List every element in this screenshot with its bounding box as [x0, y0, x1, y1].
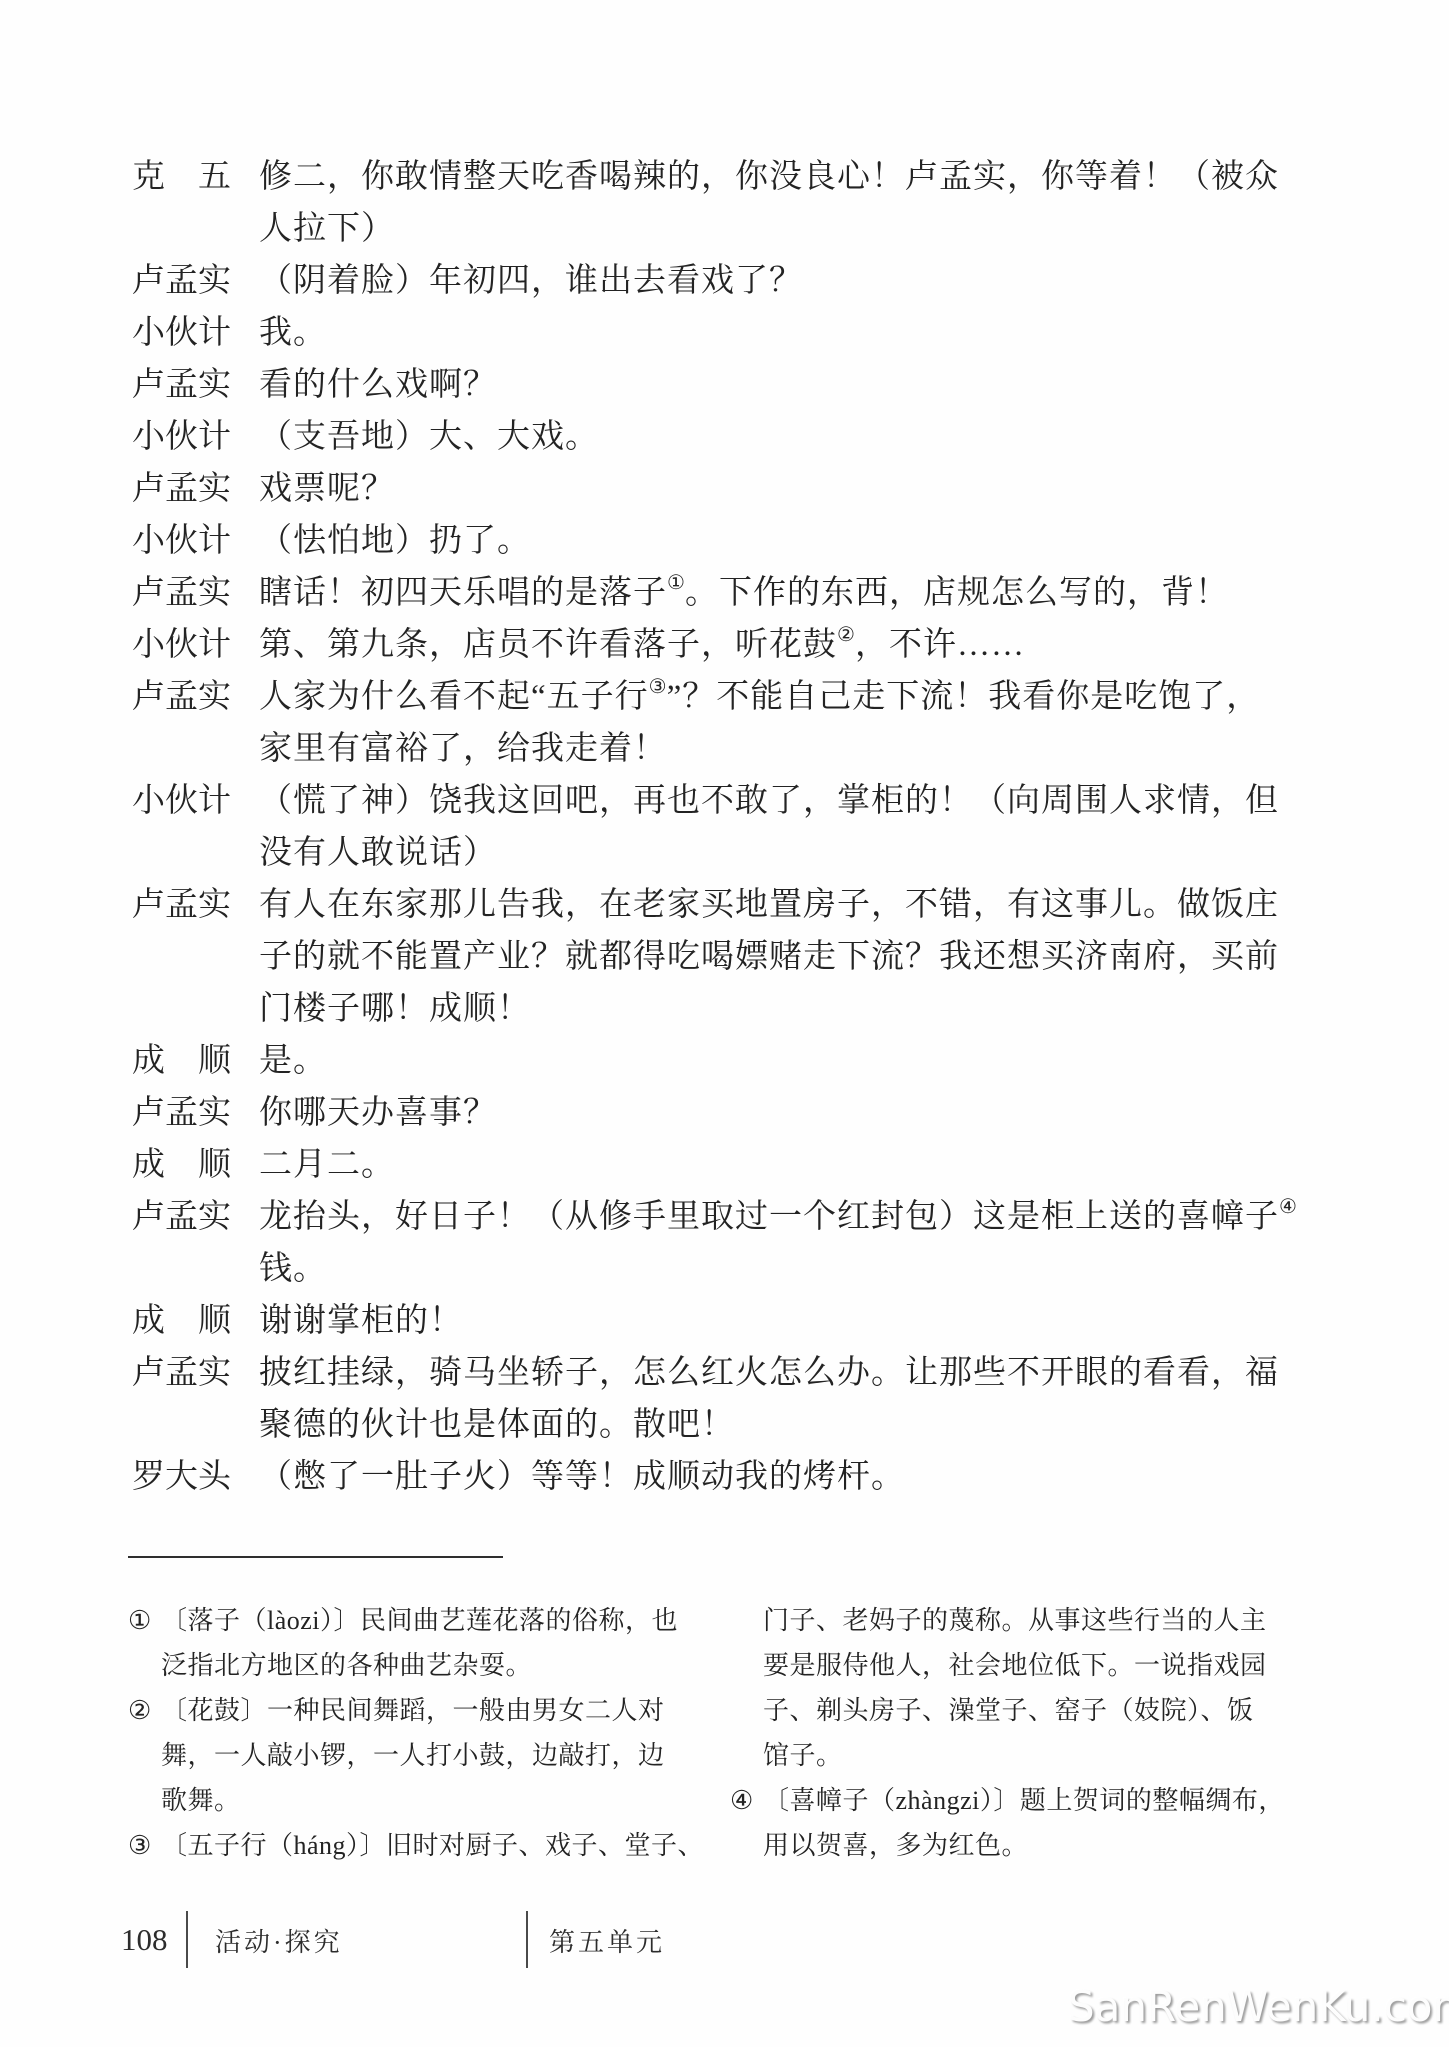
- speaker-name: 成 顺: [132, 1139, 231, 1191]
- footer-divider-2: [526, 1911, 528, 1968]
- footnote-marker: ③: [128, 1823, 161, 1868]
- dialogue-line: 门楼子哪！成顺！: [259, 983, 1297, 1035]
- footnotes: ①〔落子（làozi）〕民间曲艺莲花落的俗称，也泛指北方地区的各种曲艺杂耍。②〔…: [128, 1598, 1330, 1868]
- speech-row: 小伙计（慌了神）饶我这回吧，再也不敢了，掌柜的！（向周围人求情，但没有人敢说话）: [132, 775, 1297, 879]
- dialogue-line: （怯怕地）扔了。: [259, 515, 1297, 567]
- dialogue-line: 我。: [259, 307, 1297, 359]
- dialogue-line: 二月二。: [259, 1139, 1297, 1191]
- speech-row: 小伙计（怯怕地）扔了。: [132, 515, 1297, 567]
- footnote-line: 〔喜幛子（zhàngzi）〕题上贺词的整幅绸布，: [763, 1778, 1330, 1823]
- footnote-item: ④〔喜幛子（zhàngzi）〕题上贺词的整幅绸布，用以贺喜，多为红色。: [730, 1778, 1330, 1868]
- speech-lines: 瞎话！初四天乐唱的是落子①。下作的东西，店规怎么写的，背！: [259, 567, 1297, 619]
- speech-row: 卢孟实人家为什么看不起“五子行③”？不能自己走下流！我看你是吃饱了，家里有富裕了…: [132, 671, 1297, 775]
- speech-row: 小伙计我。: [132, 307, 1297, 359]
- dialogue-line: 子的就不能置产业？就都得吃喝嫖赌走下流？我还想买济南府，买前: [259, 931, 1297, 983]
- speaker-name: 罗大头: [132, 1451, 231, 1503]
- speech-lines: （支吾地）大、大戏。: [259, 411, 1297, 463]
- footnote-marker: [730, 1598, 763, 1643]
- speech-row: 卢孟实你哪天办喜事？: [132, 1087, 1297, 1139]
- speech-row: 小伙计第、第九条，店员不许看落子，听花鼓②，不许……: [132, 619, 1297, 671]
- speech-lines: 修二，你敢情整天吃香喝辣的，你没良心！卢孟实，你等着！（被众人拉下）: [259, 151, 1297, 255]
- footnote-divider: [128, 1556, 503, 1558]
- dialogue-line: 有人在东家那儿告我，在老家买地置房子，不错，有这事儿。做饭庄: [259, 879, 1297, 931]
- speaker-name: 小伙计: [132, 307, 231, 359]
- footnote-marker: ②: [128, 1688, 161, 1733]
- watermark: SanRenWenKu.com: [1068, 1983, 1449, 2031]
- footnote-item: ③〔五子行（háng）〕旧时对厨子、戏子、堂子、: [128, 1823, 700, 1868]
- footnote-line: 用以贺喜，多为红色。: [763, 1823, 1330, 1868]
- footnote-ref: ②: [837, 624, 855, 646]
- dialogue-line: 龙抬头，好日子！（从修手里取过一个红封包）这是柜上送的喜幛子④: [259, 1191, 1297, 1243]
- textbook-page: 克 五修二，你敢情整天吃香喝辣的，你没良心！卢孟实，你等着！（被众人拉下）卢孟实…: [0, 0, 1449, 2047]
- speech-row: 卢孟实瞎话！初四天乐唱的是落子①。下作的东西，店规怎么写的，背！: [132, 567, 1297, 619]
- footnote-line: 〔五子行（háng）〕旧时对厨子、戏子、堂子、: [161, 1823, 704, 1868]
- speech-lines: 龙抬头，好日子！（从修手里取过一个红封包）这是柜上送的喜幛子④钱。: [259, 1191, 1297, 1295]
- footnote-line: 子、剃头房子、澡堂子、窑子（妓院）、饭: [763, 1688, 1330, 1733]
- speech-lines: 戏票呢？: [259, 463, 1297, 515]
- speech-lines: 是。: [259, 1035, 1297, 1087]
- dialogue-line: 人拉下）: [259, 203, 1297, 255]
- dialogue-line: 谢谢掌柜的！: [259, 1295, 1297, 1347]
- speech-lines: （怯怕地）扔了。: [259, 515, 1297, 567]
- dialogue-line: （支吾地）大、大戏。: [259, 411, 1297, 463]
- speaker-name: 成 顺: [132, 1035, 231, 1087]
- speaker-name: 卢孟实: [132, 255, 231, 307]
- speech-lines: 我。: [259, 307, 1297, 359]
- dialogue-line: 修二，你敢情整天吃香喝辣的，你没良心！卢孟实，你等着！（被众: [259, 151, 1297, 203]
- footnote-item: ②〔花鼓〕一种民间舞蹈，一般由男女二人对舞，一人敲小锣，一人打小鼓，边敲打，边歌…: [128, 1688, 700, 1823]
- footnote-marker: ④: [730, 1778, 763, 1823]
- footnote-column-left: ①〔落子（làozi）〕民间曲艺莲花落的俗称，也泛指北方地区的各种曲艺杂耍。②〔…: [128, 1598, 700, 1868]
- speaker-name: 卢孟实: [132, 463, 231, 515]
- footnote-ref: ④: [1279, 1196, 1297, 1218]
- footnote-line: 歌舞。: [161, 1778, 700, 1823]
- dialogue-line: （阴着脸）年初四，谁出去看戏了？: [259, 255, 1297, 307]
- speech-row: 罗大头（憋了一肚子火）等等！成顺动我的烤杆。: [132, 1451, 1297, 1503]
- dialogue-line: （憋了一肚子火）等等！成顺动我的烤杆。: [259, 1451, 1297, 1503]
- footnote-line: 馆子。: [763, 1733, 1330, 1778]
- speaker-name: 克 五: [132, 151, 231, 203]
- footnote-column-right: 门子、老妈子的蔑称。从事这些行当的人主要是服侍他人，社会地位低下。一说指戏园子、…: [730, 1598, 1330, 1868]
- footnote-lines: 门子、老妈子的蔑称。从事这些行当的人主要是服侍他人，社会地位低下。一说指戏园子、…: [763, 1598, 1330, 1778]
- speaker-name: 小伙计: [132, 775, 231, 827]
- footer-divider-1: [186, 1911, 188, 1968]
- footnote-ref: ①: [667, 572, 685, 594]
- speech-lines: （慌了神）饶我这回吧，再也不敢了，掌柜的！（向周围人求情，但没有人敢说话）: [259, 775, 1297, 879]
- footnote-lines: 〔落子（làozi）〕民间曲艺莲花落的俗称，也泛指北方地区的各种曲艺杂耍。: [161, 1598, 700, 1688]
- speech-row: 小伙计（支吾地）大、大戏。: [132, 411, 1297, 463]
- speaker-name: 小伙计: [132, 411, 231, 463]
- footnote-line: 〔落子（làozi）〕民间曲艺莲花落的俗称，也: [161, 1598, 700, 1643]
- speaker-name: 卢孟实: [132, 567, 231, 619]
- speaker-name: 卢孟实: [132, 1347, 231, 1399]
- speech-row: 卢孟实龙抬头，好日子！（从修手里取过一个红封包）这是柜上送的喜幛子④钱。: [132, 1191, 1297, 1295]
- speech-row: 卢孟实披红挂绿，骑马坐轿子，怎么红火怎么办。让那些不开眼的看看，福聚德的伙计也是…: [132, 1347, 1297, 1451]
- footnote-item: ①〔落子（làozi）〕民间曲艺莲花落的俗称，也泛指北方地区的各种曲艺杂耍。: [128, 1598, 700, 1688]
- speech-row: 成 顺是。: [132, 1035, 1297, 1087]
- speech-row: 卢孟实有人在东家那儿告我，在老家买地置房子，不错，有这事儿。做饭庄子的就不能置产…: [132, 879, 1297, 1035]
- dialogue-line: 你哪天办喜事？: [259, 1087, 1297, 1139]
- footnote-lines: 〔五子行（háng）〕旧时对厨子、戏子、堂子、: [161, 1823, 704, 1868]
- dialogue-line: 人家为什么看不起“五子行③”？不能自己走下流！我看你是吃饱了，: [259, 671, 1297, 723]
- footnote-line: 舞，一人敲小锣，一人打小鼓，边敲打，边: [161, 1733, 700, 1778]
- speech-row: 卢孟实看的什么戏啊？: [132, 359, 1297, 411]
- speech-lines: （憋了一肚子火）等等！成顺动我的烤杆。: [259, 1451, 1297, 1503]
- speaker-name: 卢孟实: [132, 1087, 231, 1139]
- speaker-name: 卢孟实: [132, 879, 231, 931]
- speaker-name: 成 顺: [132, 1295, 231, 1347]
- speaker-name: 卢孟实: [132, 671, 231, 723]
- speaker-name: 小伙计: [132, 515, 231, 567]
- dialogue-line: 第、第九条，店员不许看落子，听花鼓②，不许……: [259, 619, 1297, 671]
- speaker-name: 卢孟实: [132, 1191, 231, 1243]
- dialogue-line: 看的什么戏啊？: [259, 359, 1297, 411]
- dialogue-line: 没有人敢说话）: [259, 827, 1297, 879]
- page-number: 108: [121, 1921, 168, 1959]
- dialogue-line: 钱。: [259, 1243, 1297, 1295]
- speech-lines: 披红挂绿，骑马坐轿子，怎么红火怎么办。让那些不开眼的看看，福聚德的伙计也是体面的…: [259, 1347, 1297, 1451]
- dialogue-line: 瞎话！初四天乐唱的是落子①。下作的东西，店规怎么写的，背！: [259, 567, 1297, 619]
- speech-lines: （阴着脸）年初四，谁出去看戏了？: [259, 255, 1297, 307]
- dialogue-line: 聚德的伙计也是体面的。散吧！: [259, 1399, 1297, 1451]
- speech-lines: 你哪天办喜事？: [259, 1087, 1297, 1139]
- footnote-ref: ③: [649, 676, 667, 698]
- dialogue-line: 家里有富裕了，给我走着！: [259, 723, 1297, 775]
- dialogue-line: 披红挂绿，骑马坐轿子，怎么红火怎么办。让那些不开眼的看看，福: [259, 1347, 1297, 1399]
- speech-row: 成 顺二月二。: [132, 1139, 1297, 1191]
- footnote-line: 泛指北方地区的各种曲艺杂耍。: [161, 1643, 700, 1688]
- speaker-name: 小伙计: [132, 619, 231, 671]
- speech-lines: 谢谢掌柜的！: [259, 1295, 1297, 1347]
- footnote-line: 要是服侍他人，社会地位低下。一说指戏园: [763, 1643, 1330, 1688]
- footnote-item: 门子、老妈子的蔑称。从事这些行当的人主要是服侍他人，社会地位低下。一说指戏园子、…: [730, 1598, 1330, 1778]
- speech-lines: 人家为什么看不起“五子行③”？不能自己走下流！我看你是吃饱了，家里有富裕了，给我…: [259, 671, 1297, 775]
- dialogue-line: 是。: [259, 1035, 1297, 1087]
- dialogue-line: 戏票呢？: [259, 463, 1297, 515]
- speech-row: 卢孟实戏票呢？: [132, 463, 1297, 515]
- speech-lines: 二月二。: [259, 1139, 1297, 1191]
- speech-lines: 有人在东家那儿告我，在老家买地置房子，不错，有这事儿。做饭庄子的就不能置产业？就…: [259, 879, 1297, 1035]
- dialogue-script: 克 五修二，你敢情整天吃香喝辣的，你没良心！卢孟实，你等着！（被众人拉下）卢孟实…: [132, 151, 1297, 1503]
- dialogue-line: （慌了神）饶我这回吧，再也不敢了，掌柜的！（向周围人求情，但: [259, 775, 1297, 827]
- section-label: 活动·探究: [215, 1927, 343, 1959]
- unit-label: 第五单元: [549, 1927, 665, 1959]
- footnote-lines: 〔花鼓〕一种民间舞蹈，一般由男女二人对舞，一人敲小锣，一人打小鼓，边敲打，边歌舞…: [161, 1688, 700, 1823]
- footnote-line: 〔花鼓〕一种民间舞蹈，一般由男女二人对: [161, 1688, 700, 1733]
- speech-lines: 看的什么戏啊？: [259, 359, 1297, 411]
- speech-row: 成 顺谢谢掌柜的！: [132, 1295, 1297, 1347]
- footnote-lines: 〔喜幛子（zhàngzi）〕题上贺词的整幅绸布，用以贺喜，多为红色。: [763, 1778, 1330, 1868]
- footnote-marker: ①: [128, 1598, 161, 1643]
- speech-row: 卢孟实（阴着脸）年初四，谁出去看戏了？: [132, 255, 1297, 307]
- speaker-name: 卢孟实: [132, 359, 231, 411]
- speech-row: 克 五修二，你敢情整天吃香喝辣的，你没良心！卢孟实，你等着！（被众人拉下）: [132, 151, 1297, 255]
- footnote-line: 门子、老妈子的蔑称。从事这些行当的人主: [763, 1598, 1330, 1643]
- speech-lines: 第、第九条，店员不许看落子，听花鼓②，不许……: [259, 619, 1297, 671]
